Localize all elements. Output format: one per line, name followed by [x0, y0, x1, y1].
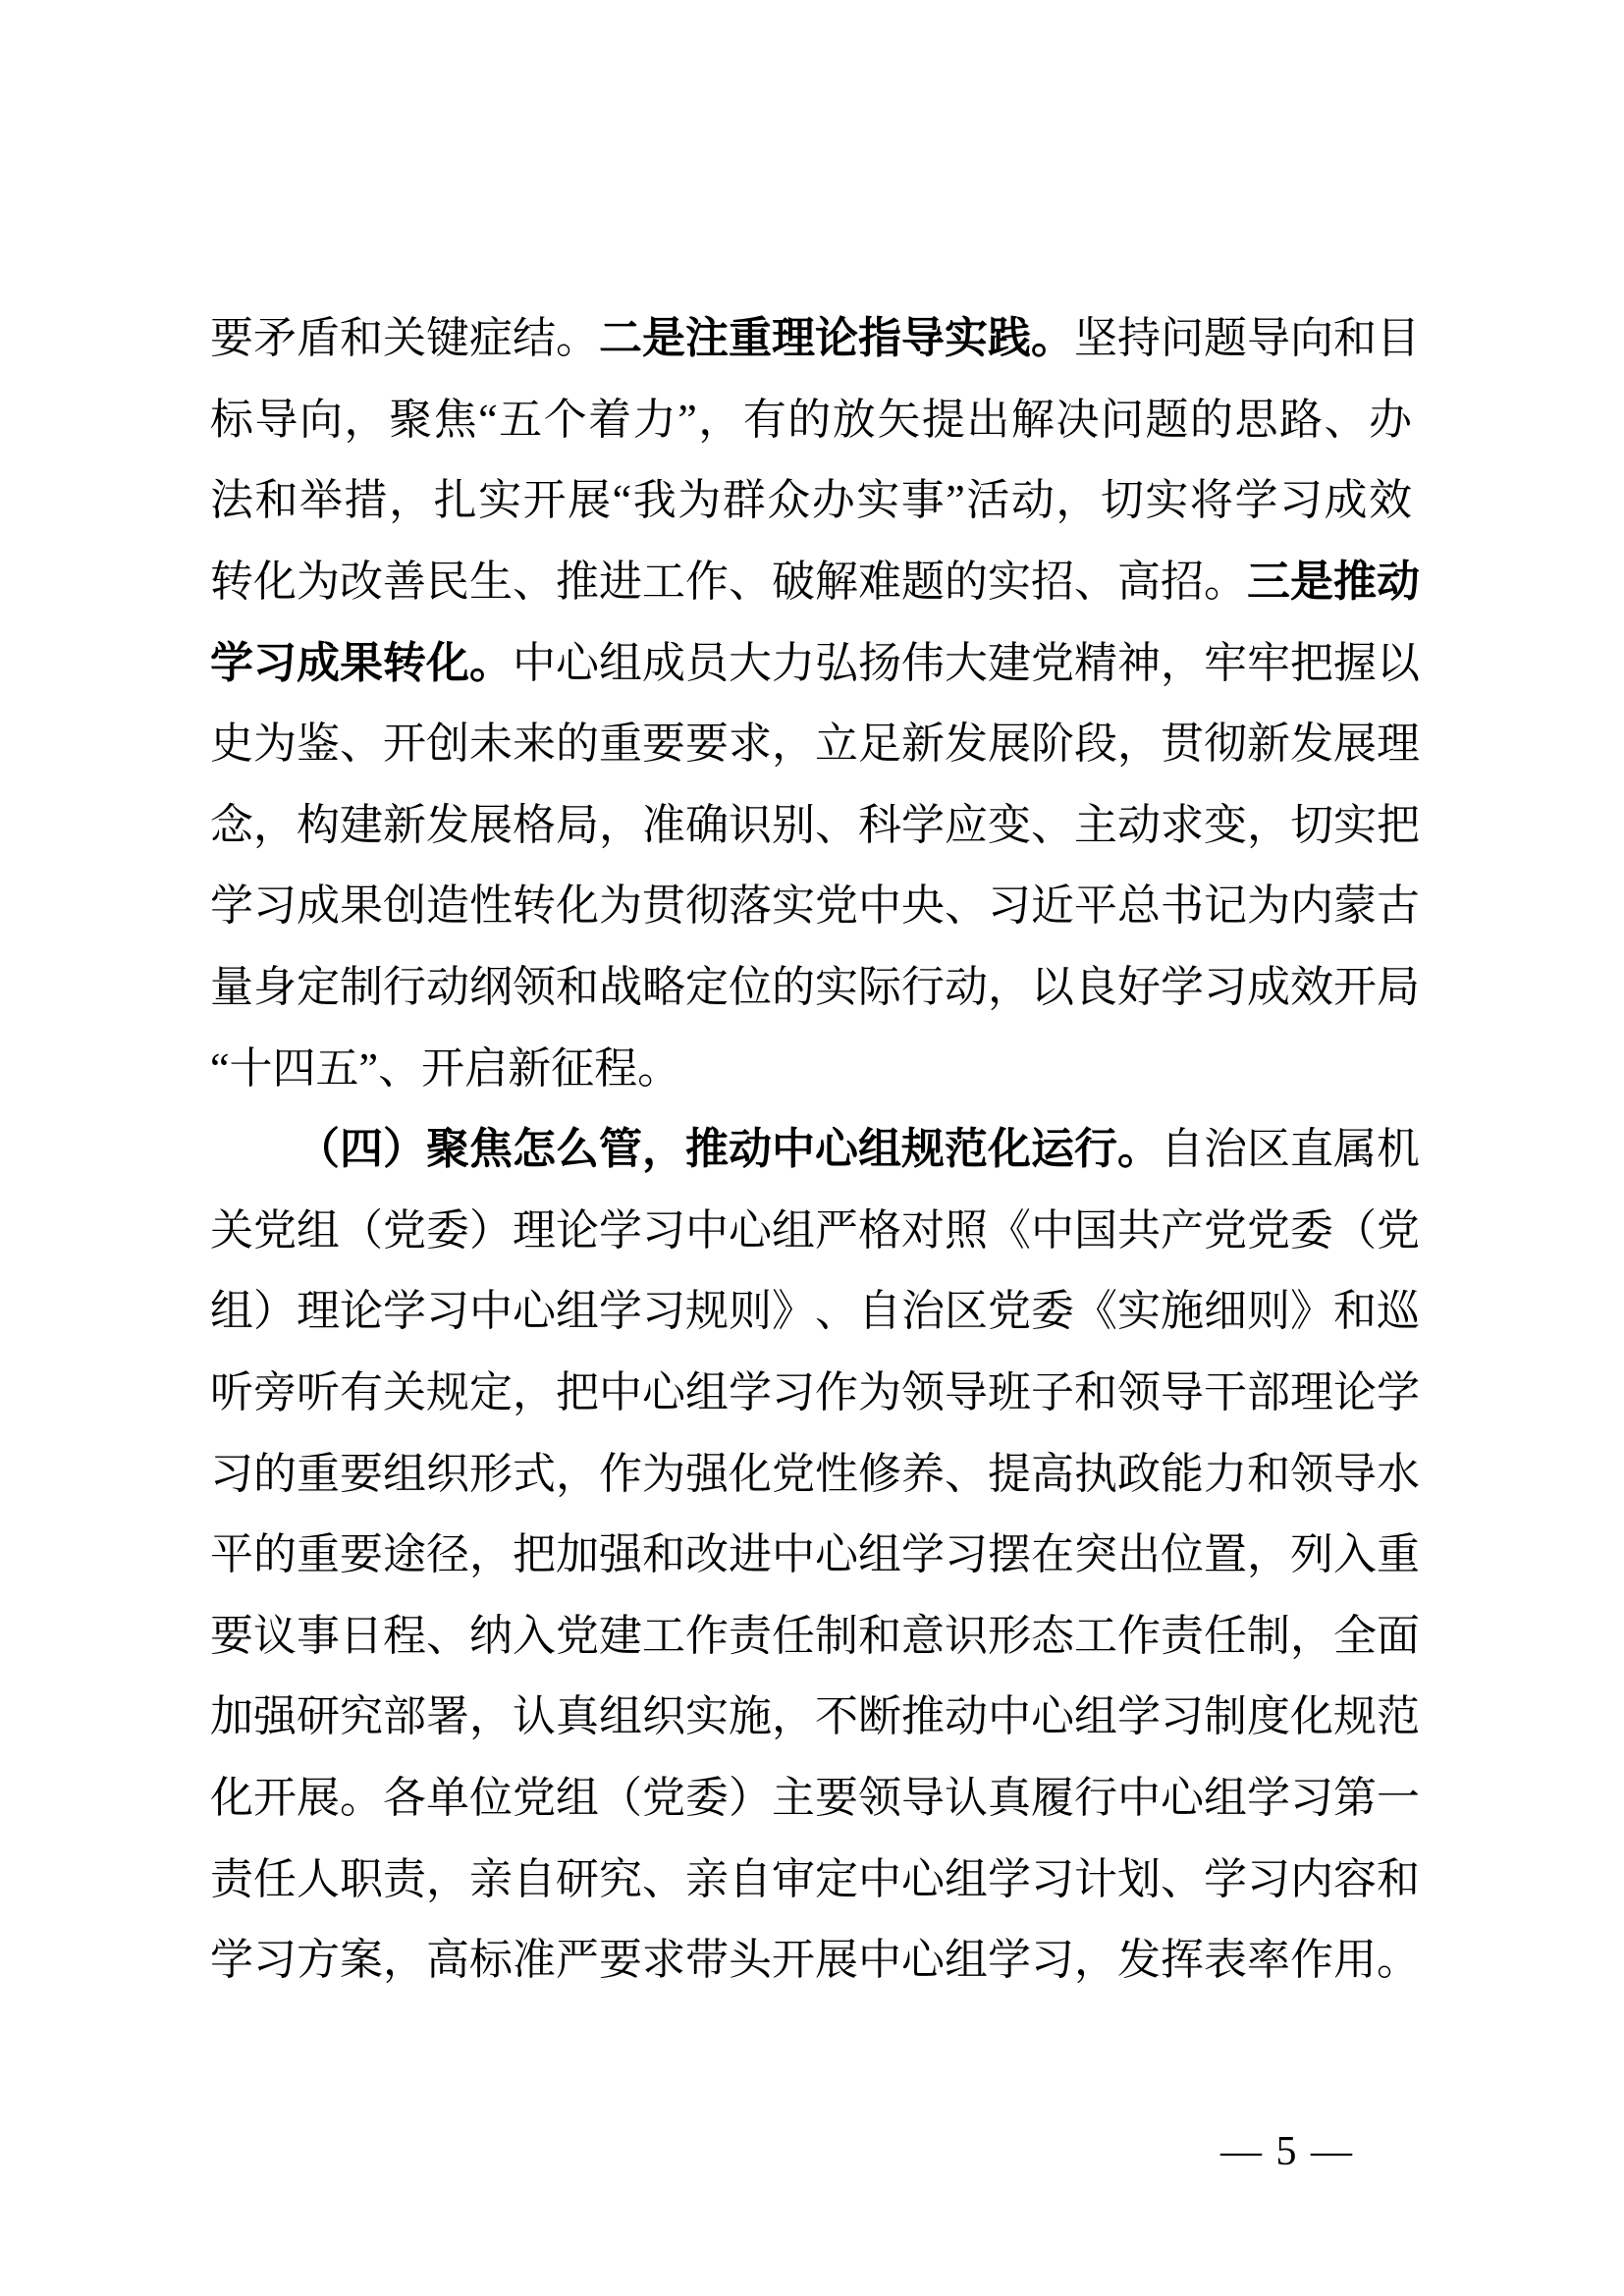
- paragraph-indent: [210, 1149, 297, 1150]
- text-line: 组）理论学习中心组学习规则》、自治区党委《实施细则》和巡: [210, 1271, 1412, 1353]
- text-line: 史为鉴、开创未来的重要要求，立足新发展阶段，贯彻新发展理: [210, 704, 1412, 785]
- page-number: — 5 —: [1199, 2122, 1376, 2181]
- text-line: 转化为改善民生、推进工作、破解难题的实招、高招。三是推动: [210, 542, 1412, 623]
- text-line: 加强研究部署，认真组织实施，不断推动中心组学习制度化规范: [210, 1677, 1412, 1758]
- text-line: （四）聚焦怎么管，推动中心组规范化运行。自治区直属机: [210, 1109, 1412, 1191]
- text-line: “十四五”、开启新征程。: [210, 1028, 1412, 1109]
- document-page: 要矛盾和关键症结。二是注重理论指导实践。坚持问题导向和目标导向，聚焦“五个着力”…: [0, 0, 1624, 2296]
- text-line: 法和举措，扎实开展“我为群众办实事”活动，切实将学习成效: [210, 460, 1412, 542]
- text-line: 量身定制行动纲领和战略定位的实际行动，以良好学习成效开局: [210, 947, 1412, 1029]
- text-line: 关党组（党委）理论学习中心组严格对照《中国共产党党委（党: [210, 1191, 1412, 1272]
- text-line: 要矛盾和关键症结。二是注重理论指导实践。坚持问题导向和目: [210, 298, 1412, 380]
- text-line: 学习成果创造性转化为贯彻落实党中央、习近平总书记为内蒙古: [210, 866, 1412, 947]
- text-line: 平的重要途径，把加强和改进中心组学习摆在突出位置，列入重: [210, 1515, 1412, 1596]
- text-line: 标导向，聚焦“五个着力”，有的放矢提出解决问题的思路、办: [210, 380, 1412, 461]
- text-line: 学习成果转化。中心组成员大力弘扬伟大建党精神，牢牢把握以: [210, 622, 1412, 704]
- text-line: 习的重要组织形式，作为强化党性修养、提高执政能力和领导水: [210, 1433, 1412, 1515]
- text-line: 责任人职责，亲自研究、亲自审定中心组学习计划、学习内容和: [210, 1839, 1412, 1920]
- text-line: 化开展。各单位党组（党委）主要领导认真履行中心组学习第一: [210, 1758, 1412, 1840]
- text-line: 要议事日程、纳入党建工作责任制和意识形态工作责任制，全面: [210, 1596, 1412, 1678]
- body-text: 要矛盾和关键症结。二是注重理论指导实践。坚持问题导向和目标导向，聚焦“五个着力”…: [210, 298, 1412, 2001]
- text-line: 念，构建新发展格局，准确识别、科学应变、主动求变，切实把: [210, 785, 1412, 867]
- text-line: 听旁听有关规定，把中心组学习作为领导班子和领导干部理论学: [210, 1353, 1412, 1434]
- text-line: 学习方案，高标准严要求带头开展中心组学习，发挥表率作用。: [210, 1920, 1412, 2002]
